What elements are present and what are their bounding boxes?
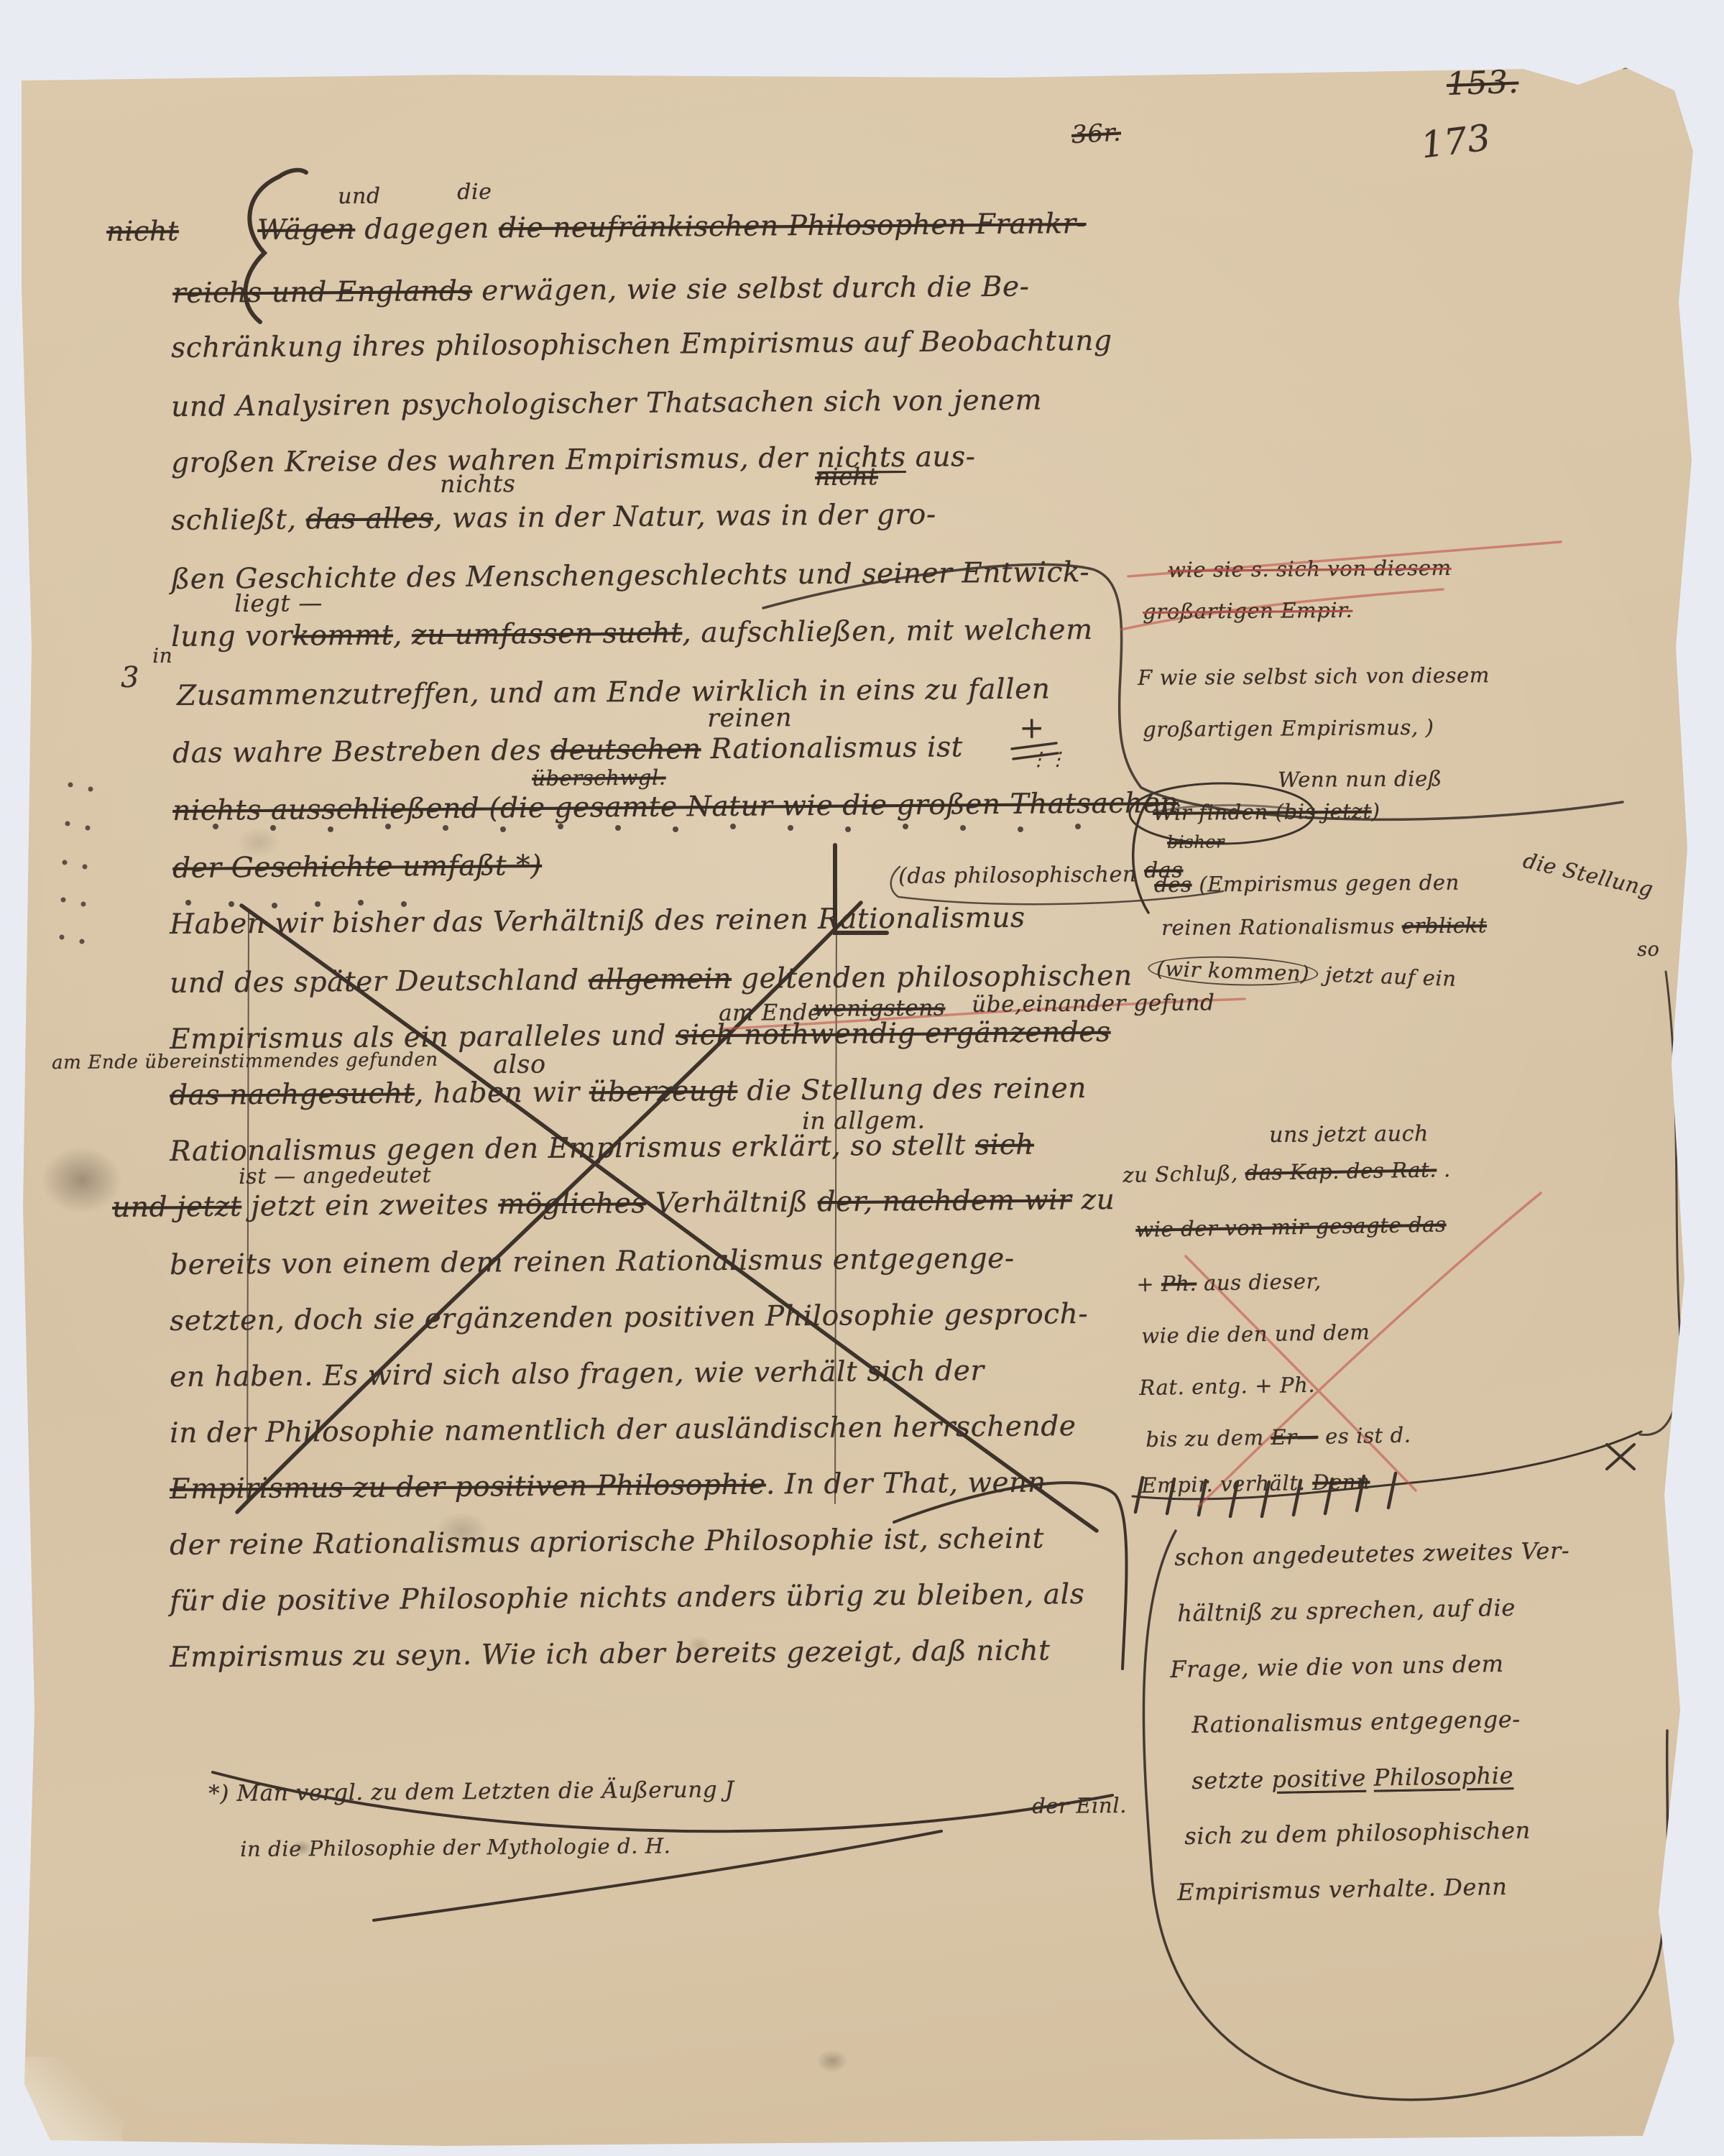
margin-colon-dots [60, 783, 93, 944]
x-tally-mark [1607, 1445, 1634, 1469]
margin-note-a-line: großartigen Empir. [1143, 598, 1352, 624]
page-number: 173 [1419, 116, 1493, 166]
interline-insert: die [457, 180, 492, 205]
margin-note-a-line: großartigen Empirismus, ) [1143, 715, 1434, 742]
interline-insert: ist — angedeutet [239, 1163, 431, 1189]
interline-insert: am Ende [719, 1000, 821, 1026]
margin-note-b-line: Wenn nun dieß [1278, 766, 1442, 792]
margin-note-d-line: Rationalismus entgegenge- [1191, 1705, 1521, 1738]
interline-insert: übe,einander gefund [972, 990, 1215, 1018]
margin-note-b-line: reinen Rationalismus erblickt [1161, 913, 1487, 940]
main-line: Haben wir bisher das Verhältniß des rein… [170, 902, 1025, 941]
cancelled-insert: überschwgl. [532, 765, 666, 791]
cancelled-insert: bisher [1167, 831, 1225, 852]
main-line: reichs und Englands erwägen, wie sie sel… [172, 271, 1030, 310]
left-margin-overflow-note: am Ende übereinstimmendes gefunden [52, 1049, 438, 1074]
main-line: bereits von einem dem reinen Rationalism… [170, 1243, 1015, 1281]
cancelled-folio-mark: 36r. [1071, 118, 1122, 149]
margin-note-c-line: + Ph. aus dieser, [1136, 1269, 1322, 1296]
margin-note-d-line: Frage, wie die von uns dem [1170, 1650, 1504, 1683]
margin-note-c-line: Empir. verhält. Denn [1141, 1469, 1370, 1498]
red-cross-margin-c-1 [1199, 1193, 1541, 1506]
margin-note-a-line: wie sie s. sich von diesem [1168, 556, 1452, 582]
interline-insert: liegt — [234, 589, 323, 617]
paper-stain [816, 2050, 848, 2073]
interline-insert: uns jetzt auch [1269, 1121, 1429, 1148]
main-line: Empirismus zu seyn. Wie ich aber bereits… [170, 1634, 1051, 1674]
margin-note-b-line: Wir finden (bis jetzt) [1153, 799, 1380, 825]
cancelled-word: nicht [815, 462, 878, 491]
margin-note-b-line: des (Empirismus gegen den [1154, 870, 1460, 897]
main-line: der reine Rationalismus apriorische Phil… [170, 1522, 1044, 1562]
main-line: Empirismus zu der positiven Philosophie.… [170, 1466, 1046, 1506]
main-line: und jetzt jetzt ein zweites mögliches Ve… [112, 1184, 1115, 1224]
margin-note-c-line: zu Schluß, das Kap. des Rat. . [1123, 1157, 1451, 1187]
main-line: setzten, doch sie ergänzenden positiven … [170, 1298, 1088, 1337]
main-line: und Analysiren psychologischer Thatsache… [171, 384, 1042, 423]
main-line: Rationalismus gegen den Empirismus erklä… [170, 1129, 1034, 1168]
interline-insert: (das philosophischen [898, 862, 1137, 889]
footnote-line-cancelled: *) Man vergl. zu dem Letzten die Äußerun… [208, 1777, 734, 1807]
paper-corner-fold [22, 2057, 122, 2146]
margin-note-d-line: hältniß zu sprechen, auf die [1177, 1594, 1516, 1627]
interline-insert: und [338, 184, 381, 209]
footnote-line-cancelled: in die Philosophie der Mythologie d. H. [240, 1833, 671, 1861]
ink-smudge [42, 1147, 122, 1213]
cancelled-word: nicht [106, 215, 179, 247]
main-line: das wahre Bestreben des deutschen Ration… [172, 731, 963, 770]
main-line: Zusammenzutreffen, und am Ende wirklich … [177, 673, 1051, 712]
cancelled-insert: wenigstens [813, 995, 945, 1022]
margin-note-c-line: bis zu dem Er— es ist d. [1146, 1423, 1411, 1452]
main-line-cancelled: nichts ausschließend (die gesamte Natur … [172, 787, 1179, 827]
cancelled-page-number: 153. [1446, 63, 1519, 102]
interline-insert: nichts [440, 469, 516, 498]
manuscript-paper: 153. 101 173 36r. [0, 0, 1724, 2156]
margin-note-b-line: (wir kommen) jetzt auf ein [1148, 956, 1457, 991]
main-line: lung vorkommt, zu umfassen sucht, aufsch… [171, 614, 1093, 653]
margin-note-c-line: wie die den und dem [1141, 1319, 1370, 1348]
plus-mark: + [1019, 710, 1045, 745]
margin-note-d-line: schon angedeutetes zweites Ver- [1174, 1537, 1570, 1571]
main-line: schließt, das alles, was in der Natur, w… [171, 499, 936, 537]
footnote-tail: der Einl. [1032, 1793, 1127, 1818]
margin-note-d-line: Empirismus verhalte. Denn [1177, 1873, 1508, 1906]
dots-mark: ⋮⋮ [1029, 749, 1067, 770]
margin-word: so [1637, 939, 1660, 961]
main-line: Wägen dagegen die neufränkischen Philoso… [257, 208, 1087, 247]
margin-note-c-line: wie der von mir gesagte das [1135, 1212, 1447, 1242]
margin-note-a-line: F wie sie selbst sich von diesem [1138, 663, 1490, 690]
main-line: für die positive Philosophie nichts ande… [170, 1578, 1085, 1618]
margin-paragraph-number: 3 [121, 661, 139, 694]
margin-note-d-line: sich zu dem philosophischen [1184, 1817, 1531, 1850]
main-line: schränkung ihres philosophischen Empiris… [171, 325, 1112, 364]
scanned-manuscript: 153. 101 173 36r. [0, 0, 1724, 2156]
margin-note-c-line: Rat. entg. + Ph. [1139, 1373, 1315, 1400]
margin-slanted-words: die Stellung [1521, 848, 1655, 902]
pencil-folio-number: 101 [1578, 40, 1641, 83]
main-line-cancelled: der Geschichte umfaßt *) [172, 849, 542, 885]
interline-insert: reinen [707, 704, 792, 733]
main-line: en haben. Es wird sich also fragen, wie … [170, 1355, 985, 1393]
margin-c-right-bracket [1640, 972, 1681, 1435]
main-line: in der Philosophie namentlich der auslän… [170, 1410, 1077, 1450]
margin-note-d-line: setzte positive Philosophie [1191, 1761, 1513, 1795]
interline-insert: in allgem. [802, 1106, 926, 1135]
interline-insert: in [152, 644, 172, 668]
interline-insert: also [493, 1050, 546, 1079]
main-line: das nachgesucht, haben wir überzeugt die… [170, 1072, 1087, 1112]
